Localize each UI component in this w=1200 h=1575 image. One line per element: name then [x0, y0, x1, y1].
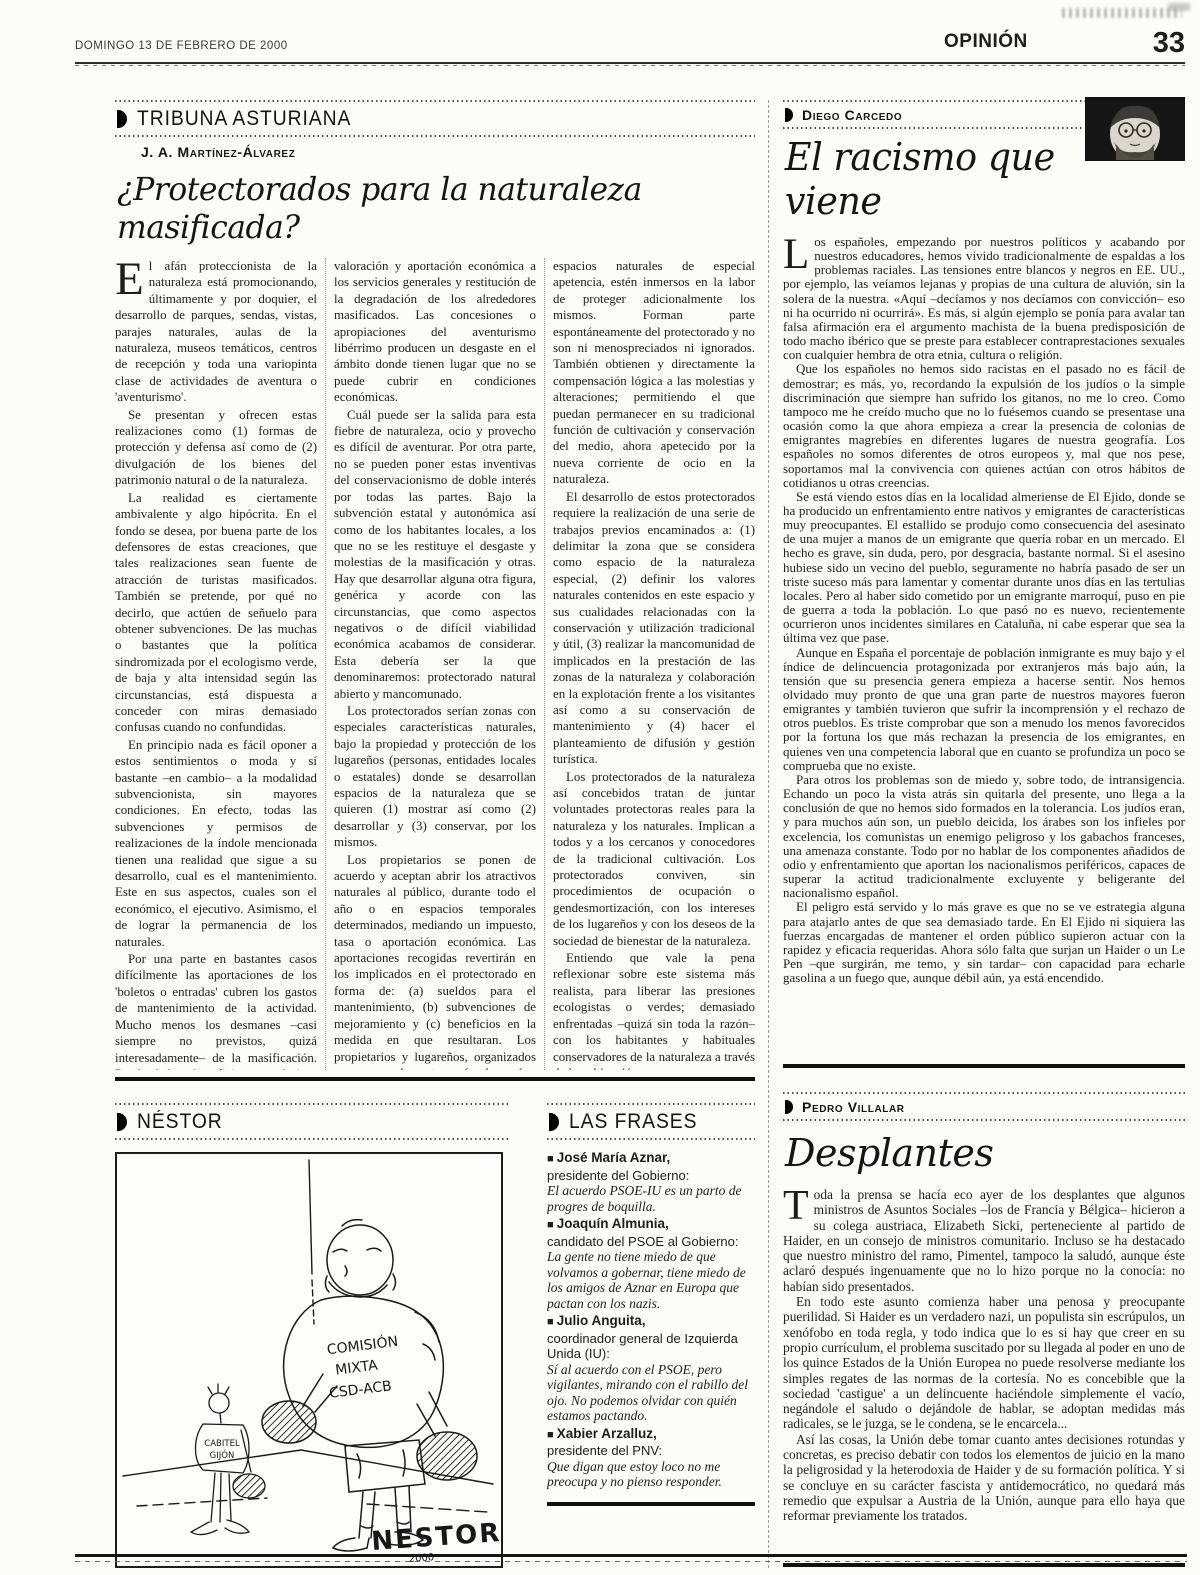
tribuna-column-3: espacios naturales de especial apetencia… — [553, 258, 755, 1070]
paragraph: Que los españoles no hemos sido racistas… — [783, 362, 1185, 489]
frases-kicker: LAS FRASES — [569, 1110, 697, 1134]
page-number: 33 — [1153, 30, 1185, 56]
paragraph: En todo este asunto comienza haber una p… — [783, 1294, 1185, 1432]
tribuna-kicker-row: TRIBUNA ASTURIANA — [115, 102, 755, 135]
paragraph: Los españoles, empezando por nuestros po… — [783, 235, 1185, 362]
quote-item: Joaquín Almunia, candidato del PSOE al G… — [547, 1216, 755, 1311]
racismo-headline: El racismo que viene — [783, 129, 1061, 231]
quote-speaker: Julio Anguita, — [547, 1313, 755, 1331]
paragraph: Toda la prensa se hacía eco ayer de los … — [783, 1187, 1185, 1294]
frases-kicker-row: LAS FRASES — [547, 1105, 755, 1138]
section-bullet-icon — [117, 1113, 127, 1131]
scan-noise — [1168, 3, 1190, 11]
paragraph: Se presentan y ofrecen estas realizacion… — [115, 407, 317, 489]
editorial-cartoon: COMISIÓN MIXTA CSD-ACB CABITEL GIJÓN NES… — [115, 1152, 503, 1568]
quote-speaker: Xabier Arzalluz, — [547, 1426, 755, 1444]
quotes-section-las-frases: LAS FRASES José María Aznar, presidente … — [547, 1103, 755, 1568]
nestor-kicker: NÉSTOR — [137, 1110, 223, 1134]
paragraph: Los propietarios se ponen de acuerdo y a… — [334, 852, 536, 1070]
section-bullet-icon — [549, 1113, 559, 1131]
big-boxer-label-line2: MIXTA — [334, 1357, 379, 1378]
quote-text: La gente no tiene miedo de que volvamos … — [547, 1249, 755, 1311]
quotes-list: José María Aznar, presidente del Gobiern… — [547, 1150, 755, 1492]
big-boxer-label-line1: COMISIÓN — [326, 1332, 399, 1359]
quote-text: Que digan que estoy loco no me preocupa … — [547, 1459, 755, 1490]
section-bullet-icon — [785, 1100, 793, 1114]
villalar-body: Toda la prensa se hacía eco ayer de los … — [783, 1187, 1185, 1557]
header-rule-dotted — [75, 65, 1185, 66]
tribuna-column-1: El afán proteccionista de la naturaleza … — [115, 258, 326, 1070]
paragraph: La realidad es ciertamente ambivalente y… — [115, 490, 317, 736]
paragraph: Los protectorados serían zonas con espec… — [334, 703, 536, 851]
scan-noise — [1062, 8, 1182, 18]
cartoon-section-nestor: NÉSTOR — [115, 1103, 511, 1568]
tribuna-author: J. A. Martínez-Álvarez — [115, 137, 755, 162]
tribuna-kicker: TRIBUNA ASTURIANA — [137, 107, 351, 131]
big-boxer-label-line3: CSD-ACB — [328, 1378, 392, 1402]
divider — [115, 1138, 511, 1140]
paragraph: El desarrollo de estos protectorados req… — [553, 489, 755, 768]
article-el-racismo-que-viene: Diego Carcedo El racismo que viene Los e… — [783, 100, 1185, 1068]
quote-role: presidente del Gobierno: — [547, 1168, 755, 1184]
article-end-rule — [783, 1064, 1185, 1068]
quote-role: coordinador general de Izquierda Unida (… — [547, 1331, 755, 1362]
paragraph: valoración y aportación económica a los … — [334, 258, 536, 406]
cartoon-drawing: COMISIÓN MIXTA CSD-ACB CABITEL GIJÓN NES… — [117, 1154, 501, 1566]
paragraph: El peligro está servido y lo más grave e… — [783, 900, 1185, 985]
divider — [547, 1138, 755, 1140]
article-end-rule — [115, 1077, 755, 1081]
quote-item: Aslan Masjadov, líder de Chechenia: Habr… — [547, 1492, 755, 1493]
quote-speaker: Aslan Masjadov, — [547, 1492, 755, 1493]
villalar-headline: Desplantes — [783, 1121, 1185, 1187]
paragraph: Por una parte en bastantes casos difícil… — [115, 951, 317, 1070]
paragraph: Los protectorados de la naturaleza así c… — [553, 769, 755, 949]
paragraph: Así las cosas, la Unión debe tomar cuant… — [783, 1432, 1185, 1524]
nestor-kicker-row: NÉSTOR — [115, 1105, 511, 1138]
article-desplantes: Pedro Villalar Desplantes Toda la prensa… — [783, 1092, 1185, 1567]
left-column-region: TRIBUNA ASTURIANA J. A. Martínez-Álvarez… — [115, 100, 755, 1568]
paragraph: El afán proteccionista de la naturaleza … — [115, 258, 317, 406]
paragraph: espacios naturales de especial apetencia… — [553, 258, 755, 488]
tribuna-column-2: valoración y aportación económica a los … — [334, 258, 545, 1070]
tribuna-headline: ¿Protectorados para la naturaleza masifi… — [115, 162, 742, 256]
quote-speaker: José María Aznar, — [547, 1150, 755, 1168]
small-boxer-label-line1: CABITEL — [204, 1439, 240, 1449]
newspaper-page: DOMINGO 13 DE FEBRERO DE 2000 OPINIÓN 33… — [0, 0, 1200, 1575]
paragraph: Para otros los problemas son de miedo y,… — [783, 773, 1185, 900]
quote-text: El acuerdo PSOE-IU es un parto de progre… — [547, 1183, 755, 1214]
villalar-byline-row: Pedro Villalar — [783, 1094, 1185, 1119]
villalar-author: Pedro Villalar — [802, 1099, 905, 1115]
paragraph: En principio nada es fácil oponer a esto… — [115, 737, 317, 950]
author-photo — [1085, 97, 1185, 161]
page-bottom-rule — [75, 1554, 1187, 1557]
racismo-author: Diego Carcedo — [802, 107, 902, 123]
right-column-region: Diego Carcedo El racismo que viene Los e… — [768, 100, 1185, 1568]
quote-text: Sí al acuerdo con el PSOE, pero vigilant… — [547, 1362, 755, 1424]
quote-item: José María Aznar, presidente del Gobiern… — [547, 1150, 755, 1214]
cartoonist-signature: NESTOR — [370, 1518, 501, 1557]
paragraph: Entiendo que vale la pena reflexionar so… — [553, 950, 755, 1070]
section-title: OPINIÓN — [944, 31, 1028, 56]
paragraph: Cuál puede ser la salida para esta fiebr… — [334, 407, 536, 702]
paragraph: Aunque en España el porcentaje de poblac… — [783, 646, 1185, 773]
section-bullet-icon — [117, 110, 127, 128]
tribuna-body: El afán proteccionista de la naturaleza … — [115, 258, 755, 1070]
quote-role: candidato del PSOE al Gobierno: — [547, 1234, 755, 1250]
quote-role: presidente del PNV: — [547, 1443, 755, 1459]
racismo-body: Los españoles, empezando por nuestros po… — [783, 235, 1185, 1055]
quote-item: Julio Anguita, coordinador general de Iz… — [547, 1313, 755, 1424]
section-end-rule — [547, 1502, 755, 1506]
article-end-rule — [783, 1563, 1185, 1567]
date-line: DOMINGO 13 DE FEBRERO DE 2000 — [75, 40, 288, 56]
paragraph: Se está viendo estos días en la localida… — [783, 490, 1185, 646]
small-boxer-label-line2: GIJÓN — [210, 1449, 235, 1461]
article-tribuna-asturiana: TRIBUNA ASTURIANA J. A. Martínez-Álvarez… — [115, 100, 755, 1081]
section-bullet-icon — [785, 108, 793, 122]
header-rule — [75, 62, 1185, 64]
quote-item: Xabier Arzalluz, presidente del PNV: Que… — [547, 1426, 755, 1490]
author-portrait-drawing — [1086, 98, 1184, 160]
quote-speaker: Joaquín Almunia, — [547, 1216, 755, 1234]
page-header: DOMINGO 13 DE FEBRERO DE 2000 OPINIÓN 33 — [75, 30, 1185, 56]
page-bottom-rule-dotted — [75, 1561, 1187, 1562]
